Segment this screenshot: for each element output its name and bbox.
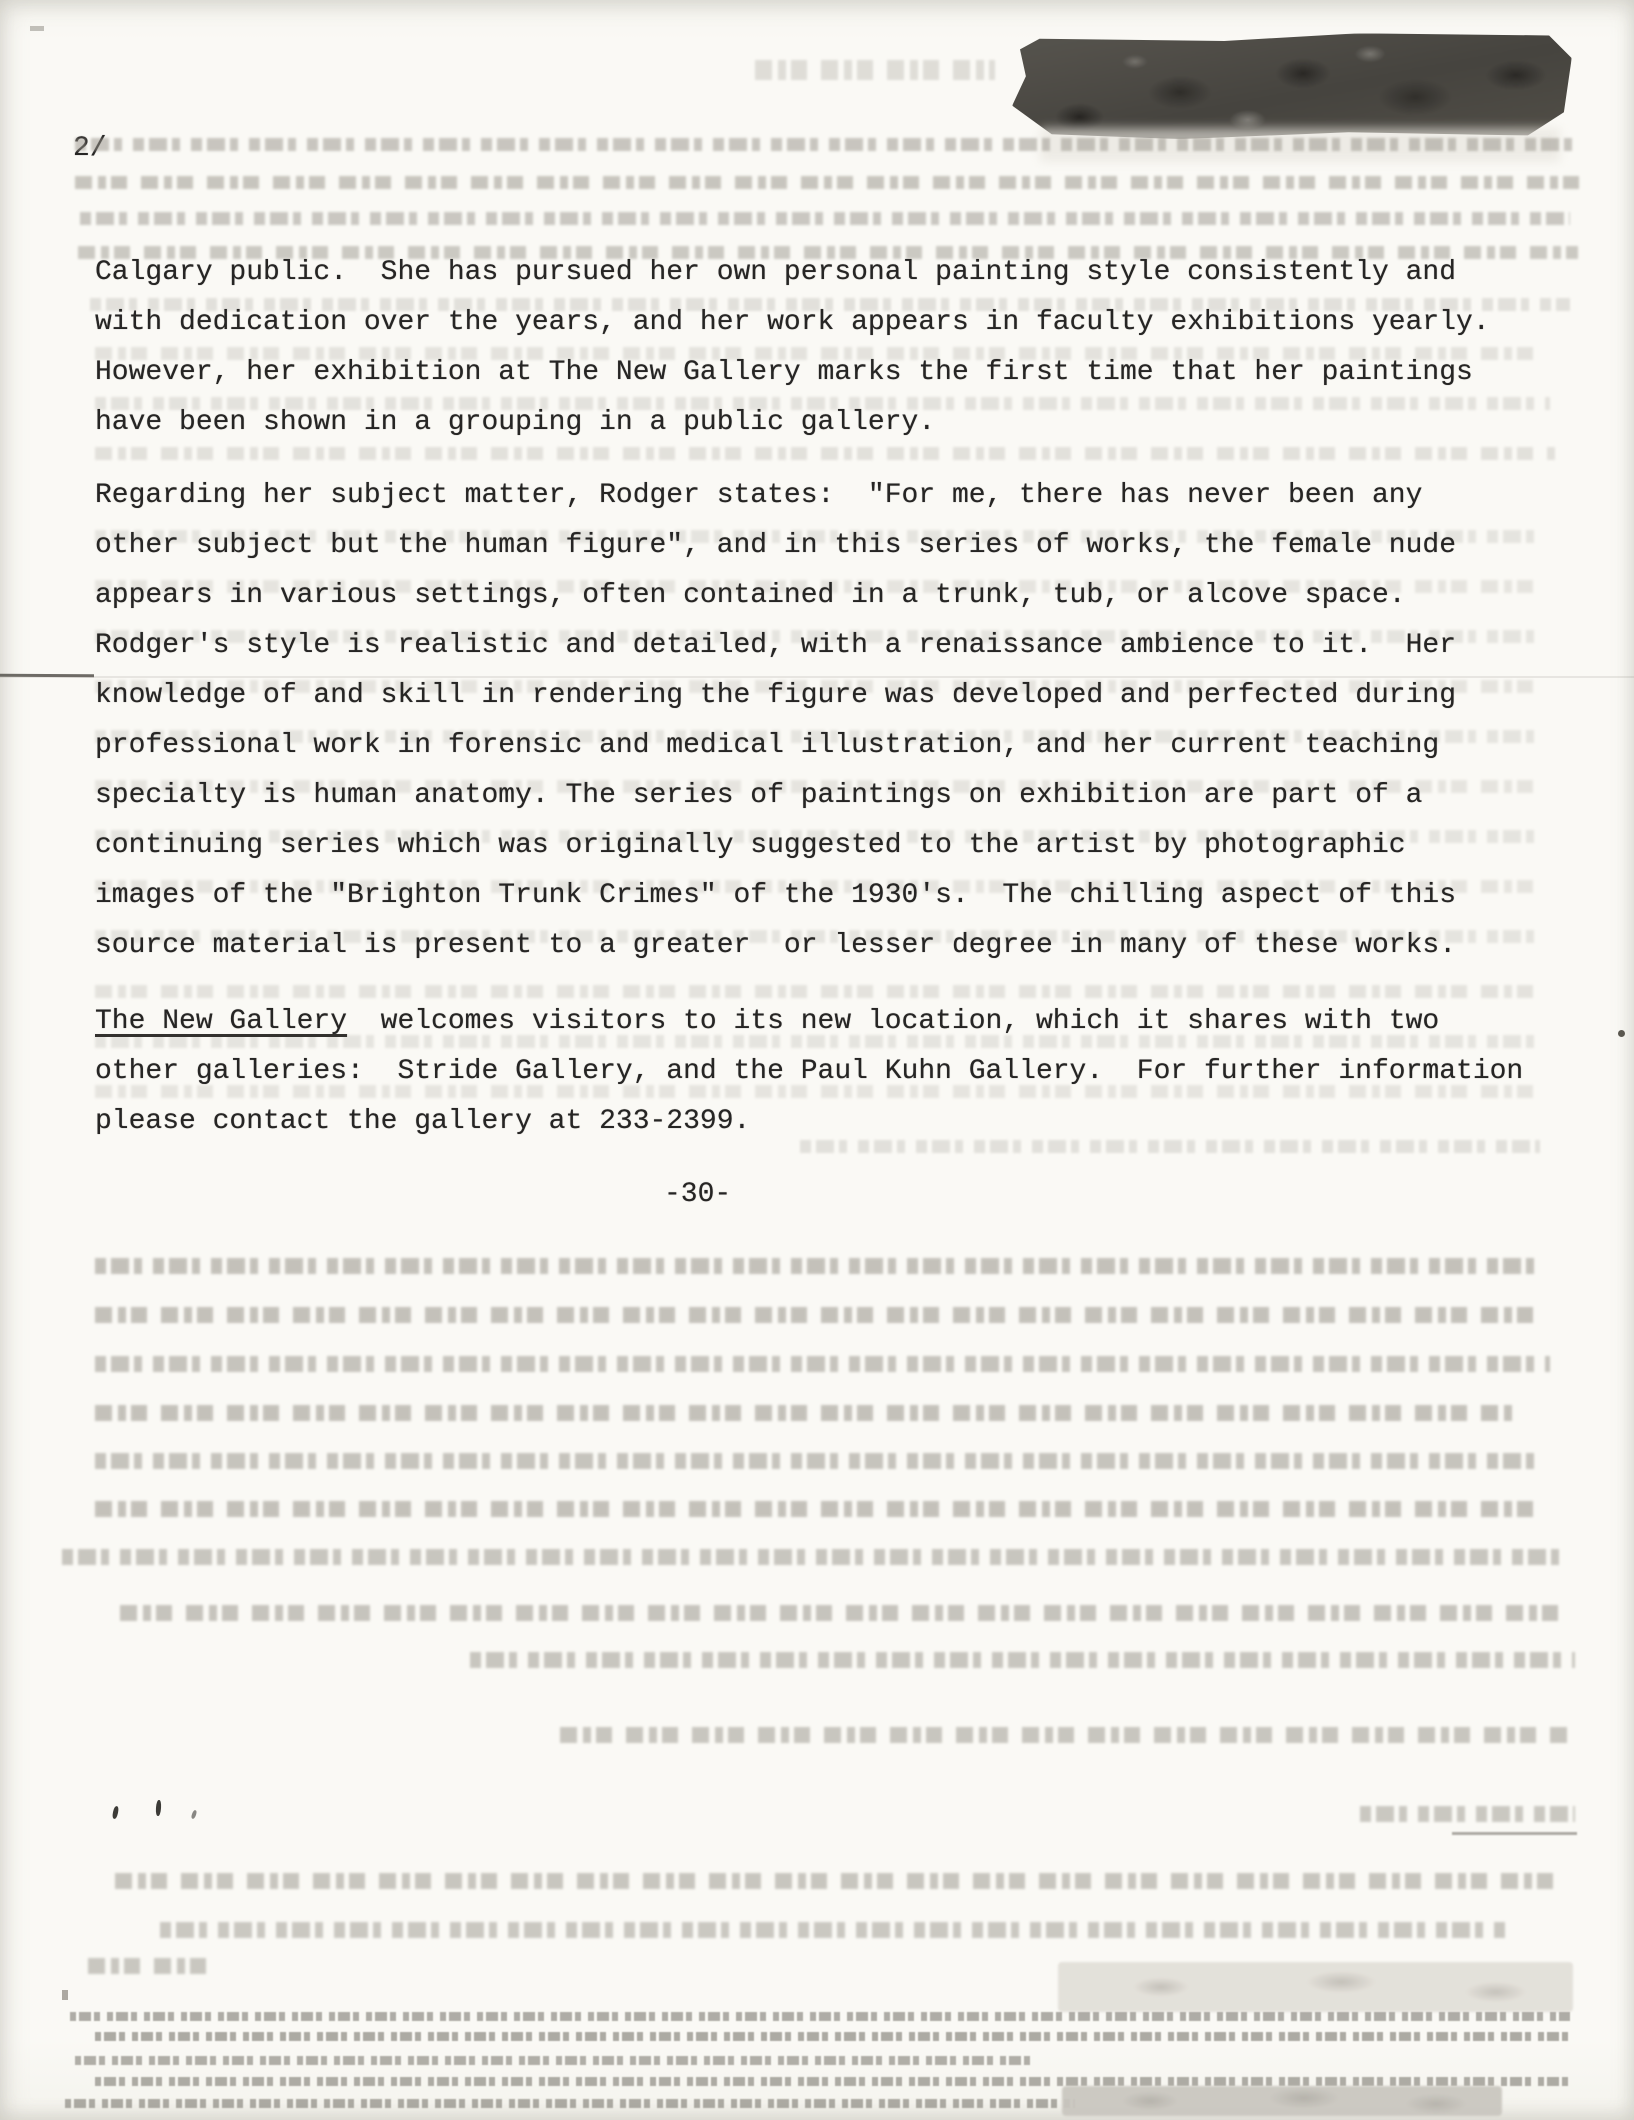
bleed-through-footer-line <box>95 2077 1575 2086</box>
gallery-name-underlined: The New Gallery <box>95 1006 347 1037</box>
bleed-through-line <box>120 1605 1560 1621</box>
bleed-through-line <box>95 1453 1545 1469</box>
bleed-through-underline <box>1452 1832 1577 1835</box>
bleed-through-word <box>88 1958 208 1974</box>
bleed-through-line <box>560 1727 1570 1743</box>
scan-speck <box>62 1990 68 2000</box>
pen-mark <box>191 1810 198 1820</box>
bleed-through-line <box>95 1501 1545 1517</box>
bleed-through-word <box>1360 1806 1575 1822</box>
body-paragraph-1: Calgary public. She has pursued her own … <box>95 248 1625 448</box>
bleed-through-footer-line <box>65 2099 1075 2108</box>
bleed-through-line <box>95 1405 1515 1421</box>
bleed-through-footer-line <box>95 2032 1575 2041</box>
bleed-through-line <box>95 1258 1545 1274</box>
bleed-through-line <box>115 1873 1565 1889</box>
bleed-through-footer-line <box>70 2012 1570 2021</box>
body-paragraph-2: Regarding her subject matter, Rodger sta… <box>95 471 1625 971</box>
pen-mark <box>155 1800 161 1816</box>
bleed-through-line <box>80 212 1570 225</box>
pen-mark <box>112 1806 120 1820</box>
scanned-press-release-page: 2/ Calgary public. She has pursued her o… <box>0 0 1634 2120</box>
ink-dot <box>1618 1030 1625 1037</box>
bleed-through-line <box>75 176 1580 189</box>
bleed-through-line <box>95 1356 1550 1372</box>
bleed-through-line <box>160 1922 1505 1938</box>
scan-speck <box>30 26 44 31</box>
bleed-through-smudge <box>1062 2086 1502 2116</box>
end-of-release-mark: -30- <box>664 1170 864 1220</box>
ink-stamp-halo <box>1040 128 1560 162</box>
bleed-through-smudge <box>1058 1962 1573 2012</box>
bleed-through-line <box>95 447 1555 460</box>
bleed-through-letters <box>755 60 995 80</box>
body-paragraph-3: The New Gallery welcomes visitors to its… <box>95 997 1625 1147</box>
page-number: 2/ <box>73 124 193 174</box>
bleed-through-line <box>95 1307 1545 1323</box>
bleed-through-line <box>470 1652 1575 1668</box>
ink-stamp-smudge <box>1011 31 1572 141</box>
bleed-through-footer-line <box>75 2056 1035 2065</box>
bleed-through-line <box>62 1549 1562 1565</box>
